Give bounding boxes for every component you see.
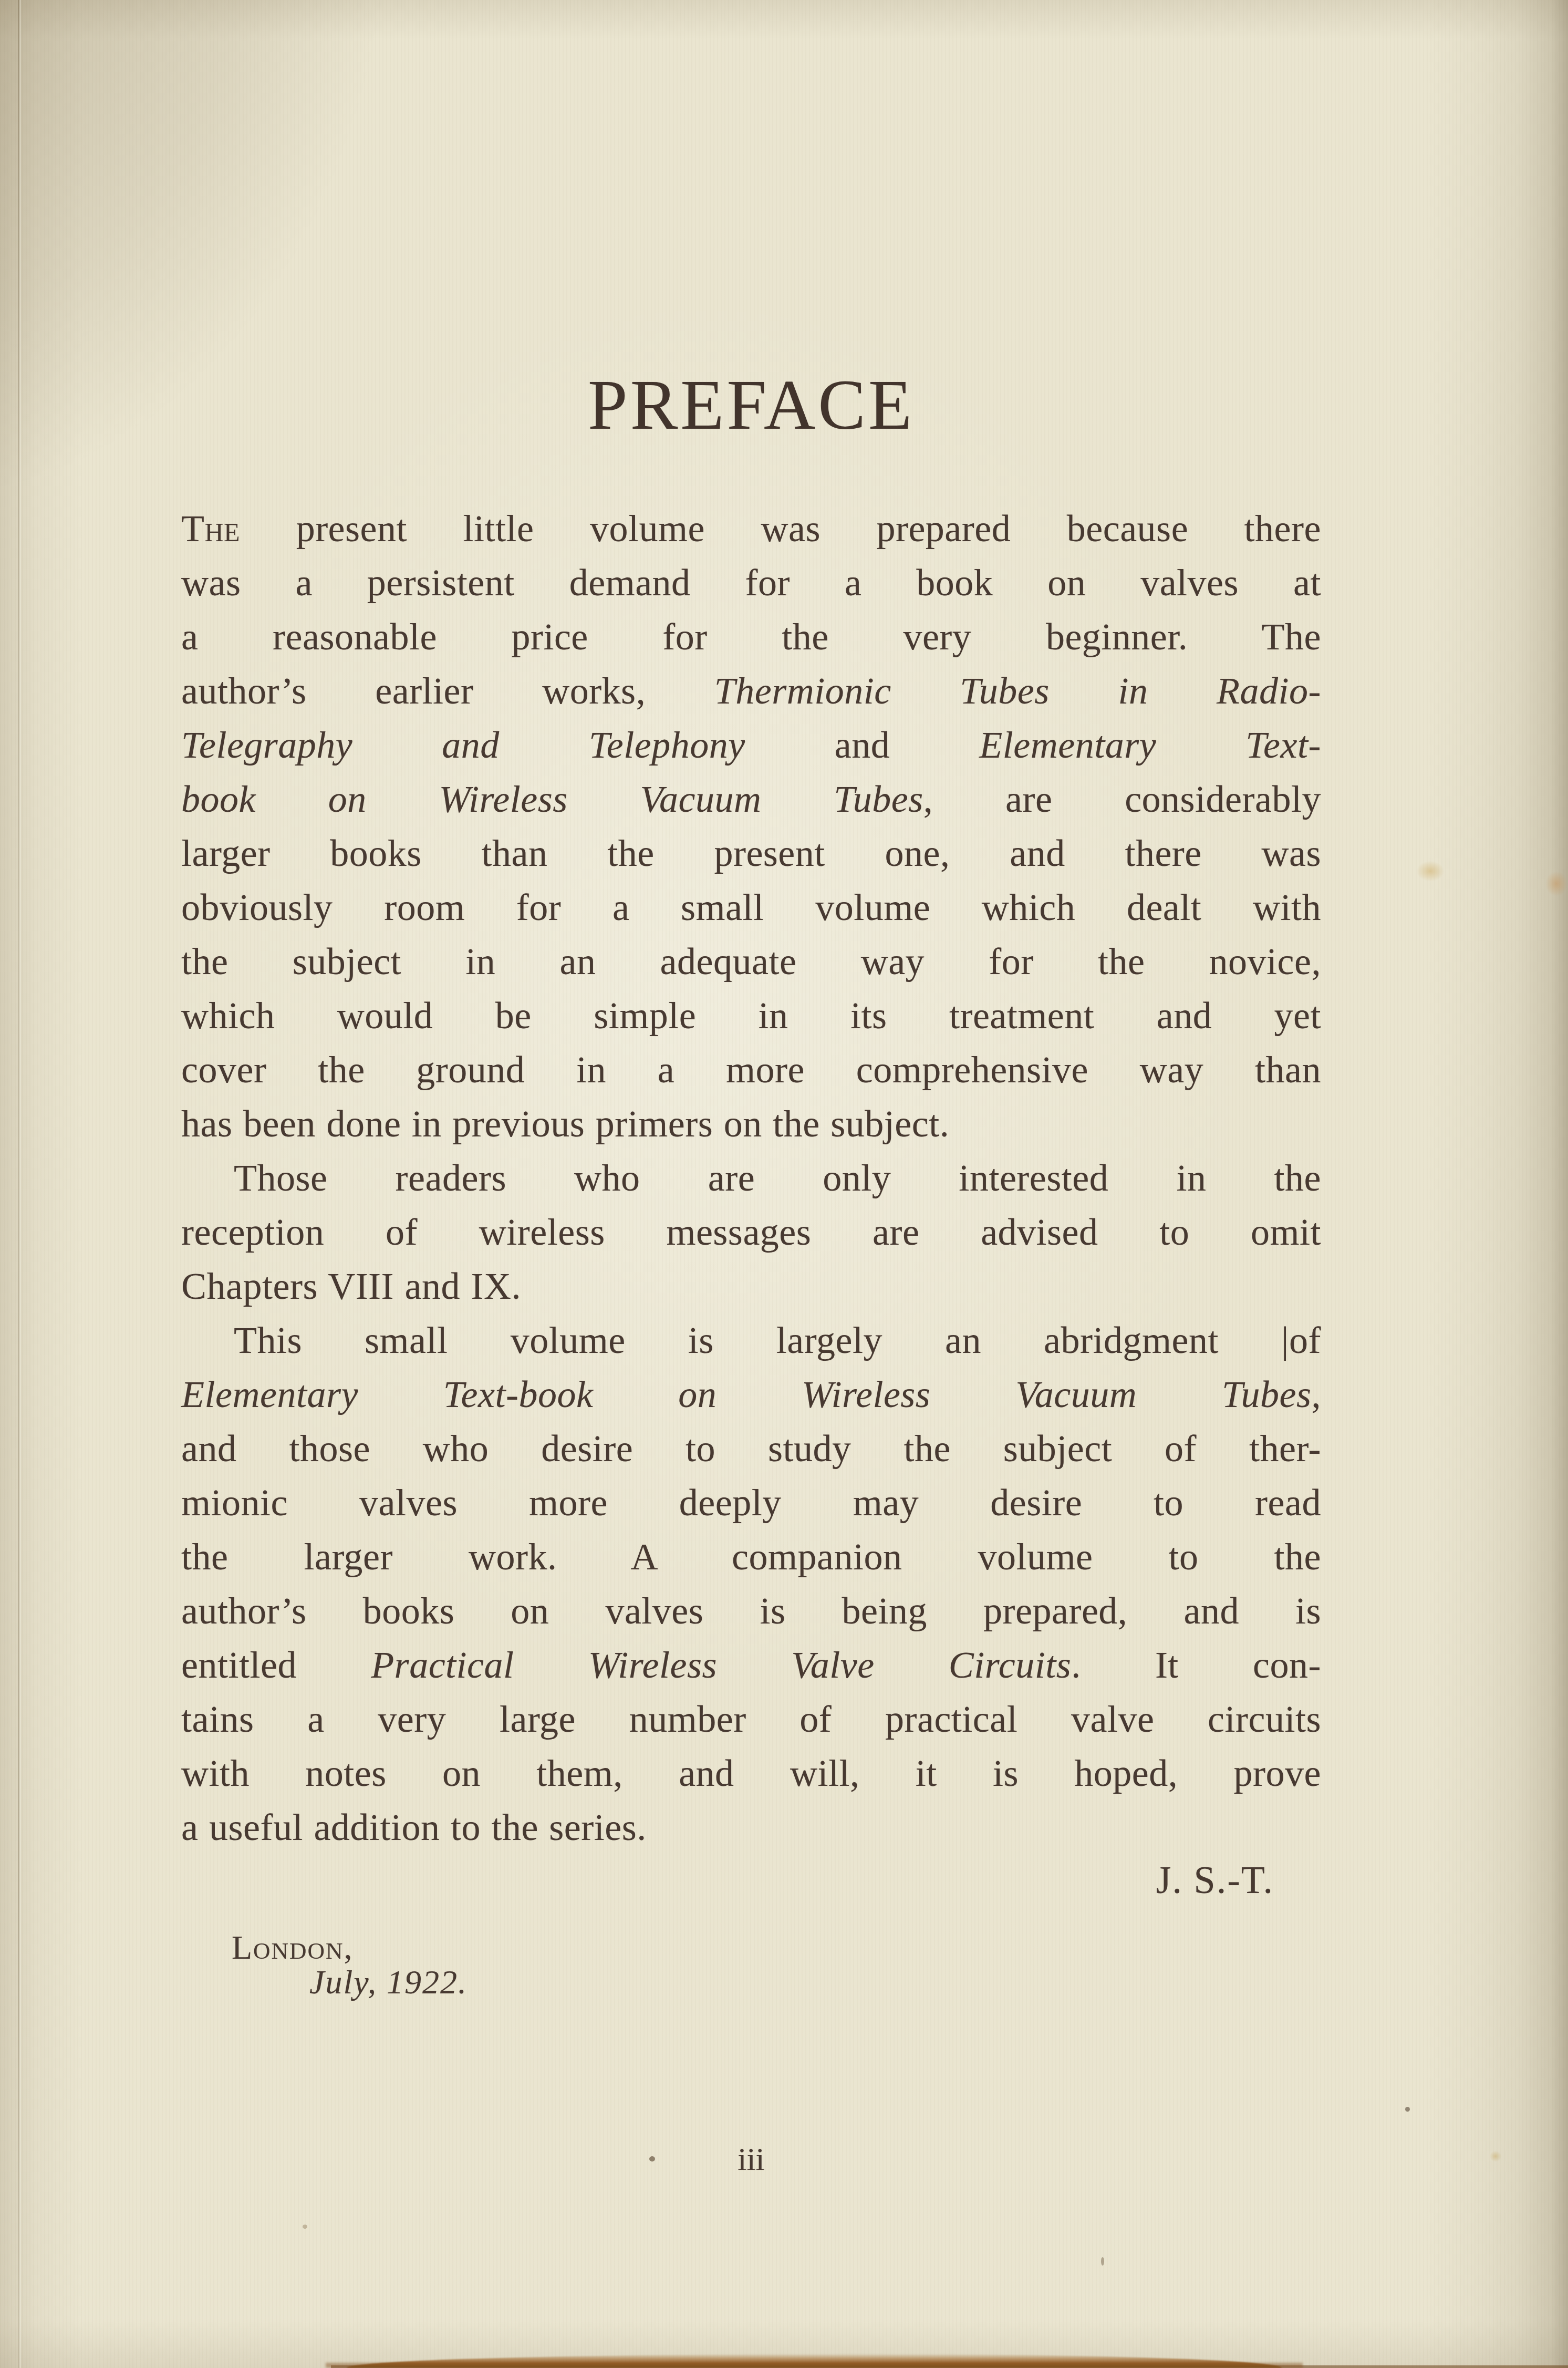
body-text: larger books than the present one, and t… (181, 832, 1321, 874)
body-text: Chapters VIII and IX. (181, 1265, 521, 1307)
text-line: the subject in an adequate way for the n… (181, 935, 1321, 989)
body-text: , are considerably (923, 778, 1321, 820)
body-text: author’s earlier works, (181, 670, 714, 712)
text-line: Elementary Text-book on Wireless Vacuum … (181, 1368, 1321, 1422)
text-line: Those readers who are only interested in… (181, 1151, 1321, 1205)
text-line: obviously room for a small volume which … (181, 881, 1321, 935)
italic-text: Thermionic Tubes in Radio- (714, 670, 1321, 712)
text-line: was a persistent demand for a book on va… (181, 556, 1321, 610)
text-line: a reasonable price for the very beginner… (181, 610, 1321, 664)
body-text: a reasonable price for the very beginner… (181, 616, 1321, 658)
body-text: with notes on them, and will, it is hope… (181, 1752, 1321, 1794)
body-text: This small volume is largely an abridgme… (234, 1319, 1321, 1361)
text-line: The present little volume was prepared b… (181, 502, 1321, 556)
text-line: entitled Practical Wireless Valve Circui… (181, 1638, 1321, 1692)
text-line: has been done in previous primers on the… (181, 1097, 1321, 1151)
body-text: the larger work. A companion volume to t… (181, 1536, 1321, 1578)
text-line: cover the ground in a more comprehensive… (181, 1043, 1321, 1097)
body-text: Those readers who are only interested in… (234, 1157, 1321, 1199)
foxing-spot (1488, 2149, 1503, 2164)
text-line: the larger work. A companion volume to t… (181, 1530, 1321, 1584)
body-text: the subject in an adequate way for the n… (181, 940, 1321, 983)
text-line: Chapters VIII and IX. (181, 1259, 1321, 1314)
text-line: book on Wireless Vacuum Tubes, are consi… (181, 772, 1321, 826)
ink-speck (303, 2225, 307, 2229)
text-line: Telegraphy and Telephony and Elementary … (181, 718, 1321, 772)
smallcaps-text: The (181, 508, 240, 550)
body-text: was a persistent demand for a book on va… (181, 562, 1321, 604)
italic-text: Practical Wireless Valve Circuits (371, 1644, 1071, 1686)
author-initials: J. S.-T. (1156, 1858, 1274, 1903)
body-text: and those who desire to study the subjec… (181, 1428, 1321, 1470)
foxing-spot (1412, 857, 1449, 885)
text-line: author’s books on valves is being prepar… (181, 1584, 1321, 1638)
body-text: which would be simple in its treatment a… (181, 995, 1321, 1037)
book-bottom-edge (347, 2354, 1282, 2368)
foxing-spot (1542, 867, 1568, 901)
italic-text: Elementary Text-book on Wireless Vacuum … (181, 1373, 1312, 1415)
body-text: . It con- (1071, 1644, 1321, 1686)
body-text: tains a very large number of practical v… (181, 1698, 1321, 1740)
text-line: a useful addition to the series. (181, 1801, 1321, 1855)
body-text: author’s books on valves is being prepar… (181, 1590, 1321, 1632)
body-text: and (745, 724, 980, 766)
text-line: author’s earlier works, Thermionic Tubes… (181, 664, 1321, 718)
body-text: obviously room for a small volume which … (181, 886, 1321, 928)
page-fold-highlight (19, 0, 21, 2368)
text-line: reception of wireless messages are advis… (181, 1205, 1321, 1259)
ink-speck (1405, 2107, 1410, 2112)
ink-speck (1101, 2257, 1104, 2266)
italic-text: Elementary Text- (979, 724, 1321, 766)
text-line: larger books than the present one, and t… (181, 826, 1321, 881)
body-text: reception of wireless messages are advis… (181, 1211, 1321, 1253)
body-text: cover the ground in a more comprehensive… (181, 1049, 1321, 1091)
page-title: PREFACE (181, 369, 1321, 441)
body-text: has been done in previous primers on the… (181, 1103, 949, 1145)
page-number: iii (181, 2141, 1321, 2178)
preface-body: The present little volume was prepared b… (181, 502, 1321, 1855)
body-text: entitled (181, 1644, 371, 1686)
italic-text: book on Wireless Vacuum Tubes (181, 778, 923, 820)
italic-text: Telegraphy and Telephony (181, 724, 745, 766)
body-text: mionic valves more deeply may desire to … (181, 1482, 1321, 1524)
text-line: with notes on them, and will, it is hope… (181, 1746, 1321, 1801)
text-line: tains a very large number of practical v… (181, 1692, 1321, 1746)
text-line: which would be simple in its treatment a… (181, 989, 1321, 1043)
place-line: London, (232, 1928, 354, 1967)
book-page: PREFACE The present little volume was pr… (0, 0, 1568, 2368)
body-text: a useful addition to the series. (181, 1806, 647, 1848)
body-text: present little volume was prepared becau… (240, 508, 1321, 550)
text-line: This small volume is largely an abridgme… (181, 1314, 1321, 1368)
text-line: mionic valves more deeply may desire to … (181, 1476, 1321, 1530)
body-text: , (1312, 1373, 1322, 1415)
date-line: July, 1922. (309, 1963, 468, 2002)
text-line: and those who desire to study the subjec… (181, 1422, 1321, 1476)
